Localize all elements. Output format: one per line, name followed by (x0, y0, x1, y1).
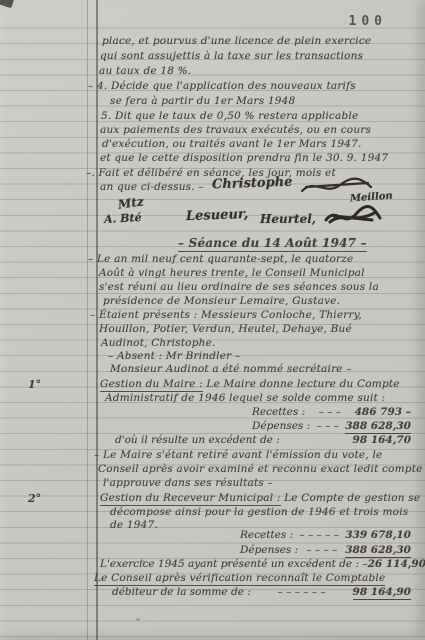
handwritten-line: aux paiements des travaux exécutés, ou e… (100, 124, 371, 136)
handwritten-line: l'approuve dans ses résultats – (103, 477, 273, 489)
item2-heading: Gestion du Receveur Municipal : (100, 492, 281, 506)
handwritten-line: se fera à partir du 1er Mars 1948 (110, 95, 295, 107)
leader-dashes: – – – – (306, 544, 337, 558)
handwritten-line: – Étaient présents : Messieurs Conloche,… (90, 309, 362, 321)
signature-christophe: Christophe (212, 175, 293, 193)
leader-dashes: – – – (317, 420, 339, 434)
handwritten-line: Audinot, Christophe. (101, 337, 216, 349)
handwritten-line: Administratif de 1946 lequel se solde co… (105, 392, 385, 404)
item1-excedent-row: d'où il résulte un excédent de : 98 164,… (115, 434, 411, 446)
handwritten-line: Août à vingt heures trente, le Conseil M… (99, 267, 365, 279)
recettes-label: Recettes : (252, 406, 305, 418)
excedent-text: d'où il résulte un excédent de : (115, 434, 280, 446)
handwritten-line: s'est réuni au lieu ordinaire de ses séa… (99, 281, 379, 293)
seance-header: – Séance du 14 Août 1947 – (178, 236, 367, 252)
handwritten-line: – Absent : Mr Brindler – (108, 350, 240, 362)
handwritten-line: 5. Dit que le taux de 0,50 % restera app… (101, 110, 358, 122)
handwritten-line: – Le Maire s'étant retiré avant l'émissi… (94, 449, 382, 461)
recettes-label: Recettes : (240, 529, 293, 541)
handwritten-line: d'exécution, ou traités avant le 1er Mar… (102, 138, 362, 150)
handwritten-line: – Le an mil neuf cent quarante-sept, le … (88, 253, 353, 265)
item2-excedent-row: L'exercice 1945 ayant présenté un excéde… (100, 558, 411, 570)
handwritten-line: Houillon, Potier, Verdun, Heutel, Dehaye… (99, 323, 352, 335)
handwritten-line: place, et pourvus d'une licence de plein… (102, 35, 371, 47)
final-value: 98 164,90 (353, 586, 411, 600)
item1-depenses-row: Dépenses : – – – 388 628,30 (252, 420, 411, 434)
handwritten-line: Monsieur Audinot a été nommé secrétaire … (110, 363, 352, 375)
handwritten-line: de 1947. (110, 519, 158, 531)
handwritten-line: au taux de 18 %. (99, 65, 191, 77)
paper-speck (226, 562, 229, 565)
signature-illegible-1: Mtz (117, 194, 144, 211)
item1-marker: 1° (28, 378, 41, 391)
handwritten-line: et que le cette disposition prendra fin … (100, 152, 388, 164)
leader-dashes: – – – – – (299, 529, 339, 541)
item2-final-row: débiteur de la somme de : – – – – – – 98… (112, 586, 411, 600)
signature-blot-icon (322, 206, 384, 226)
item2-recettes-row: Recettes : – – – – – 339 678,10 (240, 529, 411, 541)
handwritten-line: Le Conseil après vérification reconnaît … (94, 572, 385, 586)
signature-meillon: Meillon (350, 191, 393, 205)
depenses-label: Dépenses : (240, 544, 298, 558)
handwritten-line: qui sont assujettis à la taxe sur les tr… (100, 50, 363, 62)
item2-heading-line: Gestion du Receveur Municipal : Le Compt… (100, 492, 420, 504)
handwritten-line: décompose ainsi pour la gestion de 1946 … (110, 506, 408, 518)
item2-depenses-row: Dépenses : – – – – 388 628,30 (240, 544, 411, 558)
page-number: 100 (349, 14, 387, 29)
paper-speck (136, 618, 140, 621)
leader-dashes: – – – – – – (278, 586, 326, 600)
item2-heading-rest: Le Compte de gestion se (281, 492, 421, 504)
depenses-value: 388 628,30 (345, 544, 411, 558)
recettes-value: 486 793 – (355, 406, 411, 418)
item1-heading: Gestion du Maire : (100, 378, 203, 392)
signature-heurtel: Heurtel, (260, 212, 316, 226)
excedent-value: 98 164,70 (353, 434, 411, 446)
depenses-value: 388 628,30 (345, 420, 411, 434)
handwritten-line: – 4. Décide que l'application des nouvea… (88, 80, 356, 92)
excedent-value: 26 114,90 (368, 558, 425, 570)
final-label: débiteur de la somme de : (112, 586, 251, 600)
item2-marker: 2° (28, 492, 41, 505)
margin-rule-faint (87, 0, 88, 640)
item1-recettes-row: Recettes : – – – 486 793 – (252, 406, 411, 418)
recettes-value: 339 678,10 (345, 529, 411, 541)
item1-heading-line: Gestion du Maire : Le Maire donne lectur… (100, 378, 400, 390)
depenses-label: Dépenses : (252, 420, 310, 434)
register-page-scan: 100 place, et pourvus d'une licence de p… (0, 0, 425, 640)
corner-ink-mark (0, 0, 14, 8)
leader-dashes: – – – (319, 406, 341, 418)
signature-abte: A. Bté (104, 211, 142, 226)
handwritten-line: Conseil après avoir examiné et reconnu e… (98, 463, 423, 475)
handwritten-line: an que ci-dessus. – (100, 181, 204, 193)
handwritten-line: présidence de Monsieur Lemaire, Gustave. (103, 295, 340, 307)
paper-speck (140, 560, 145, 563)
signature-lesueur: Lesueur, (186, 207, 249, 224)
item1-heading-rest: Le Maire donne lecture du Compte (203, 378, 400, 390)
